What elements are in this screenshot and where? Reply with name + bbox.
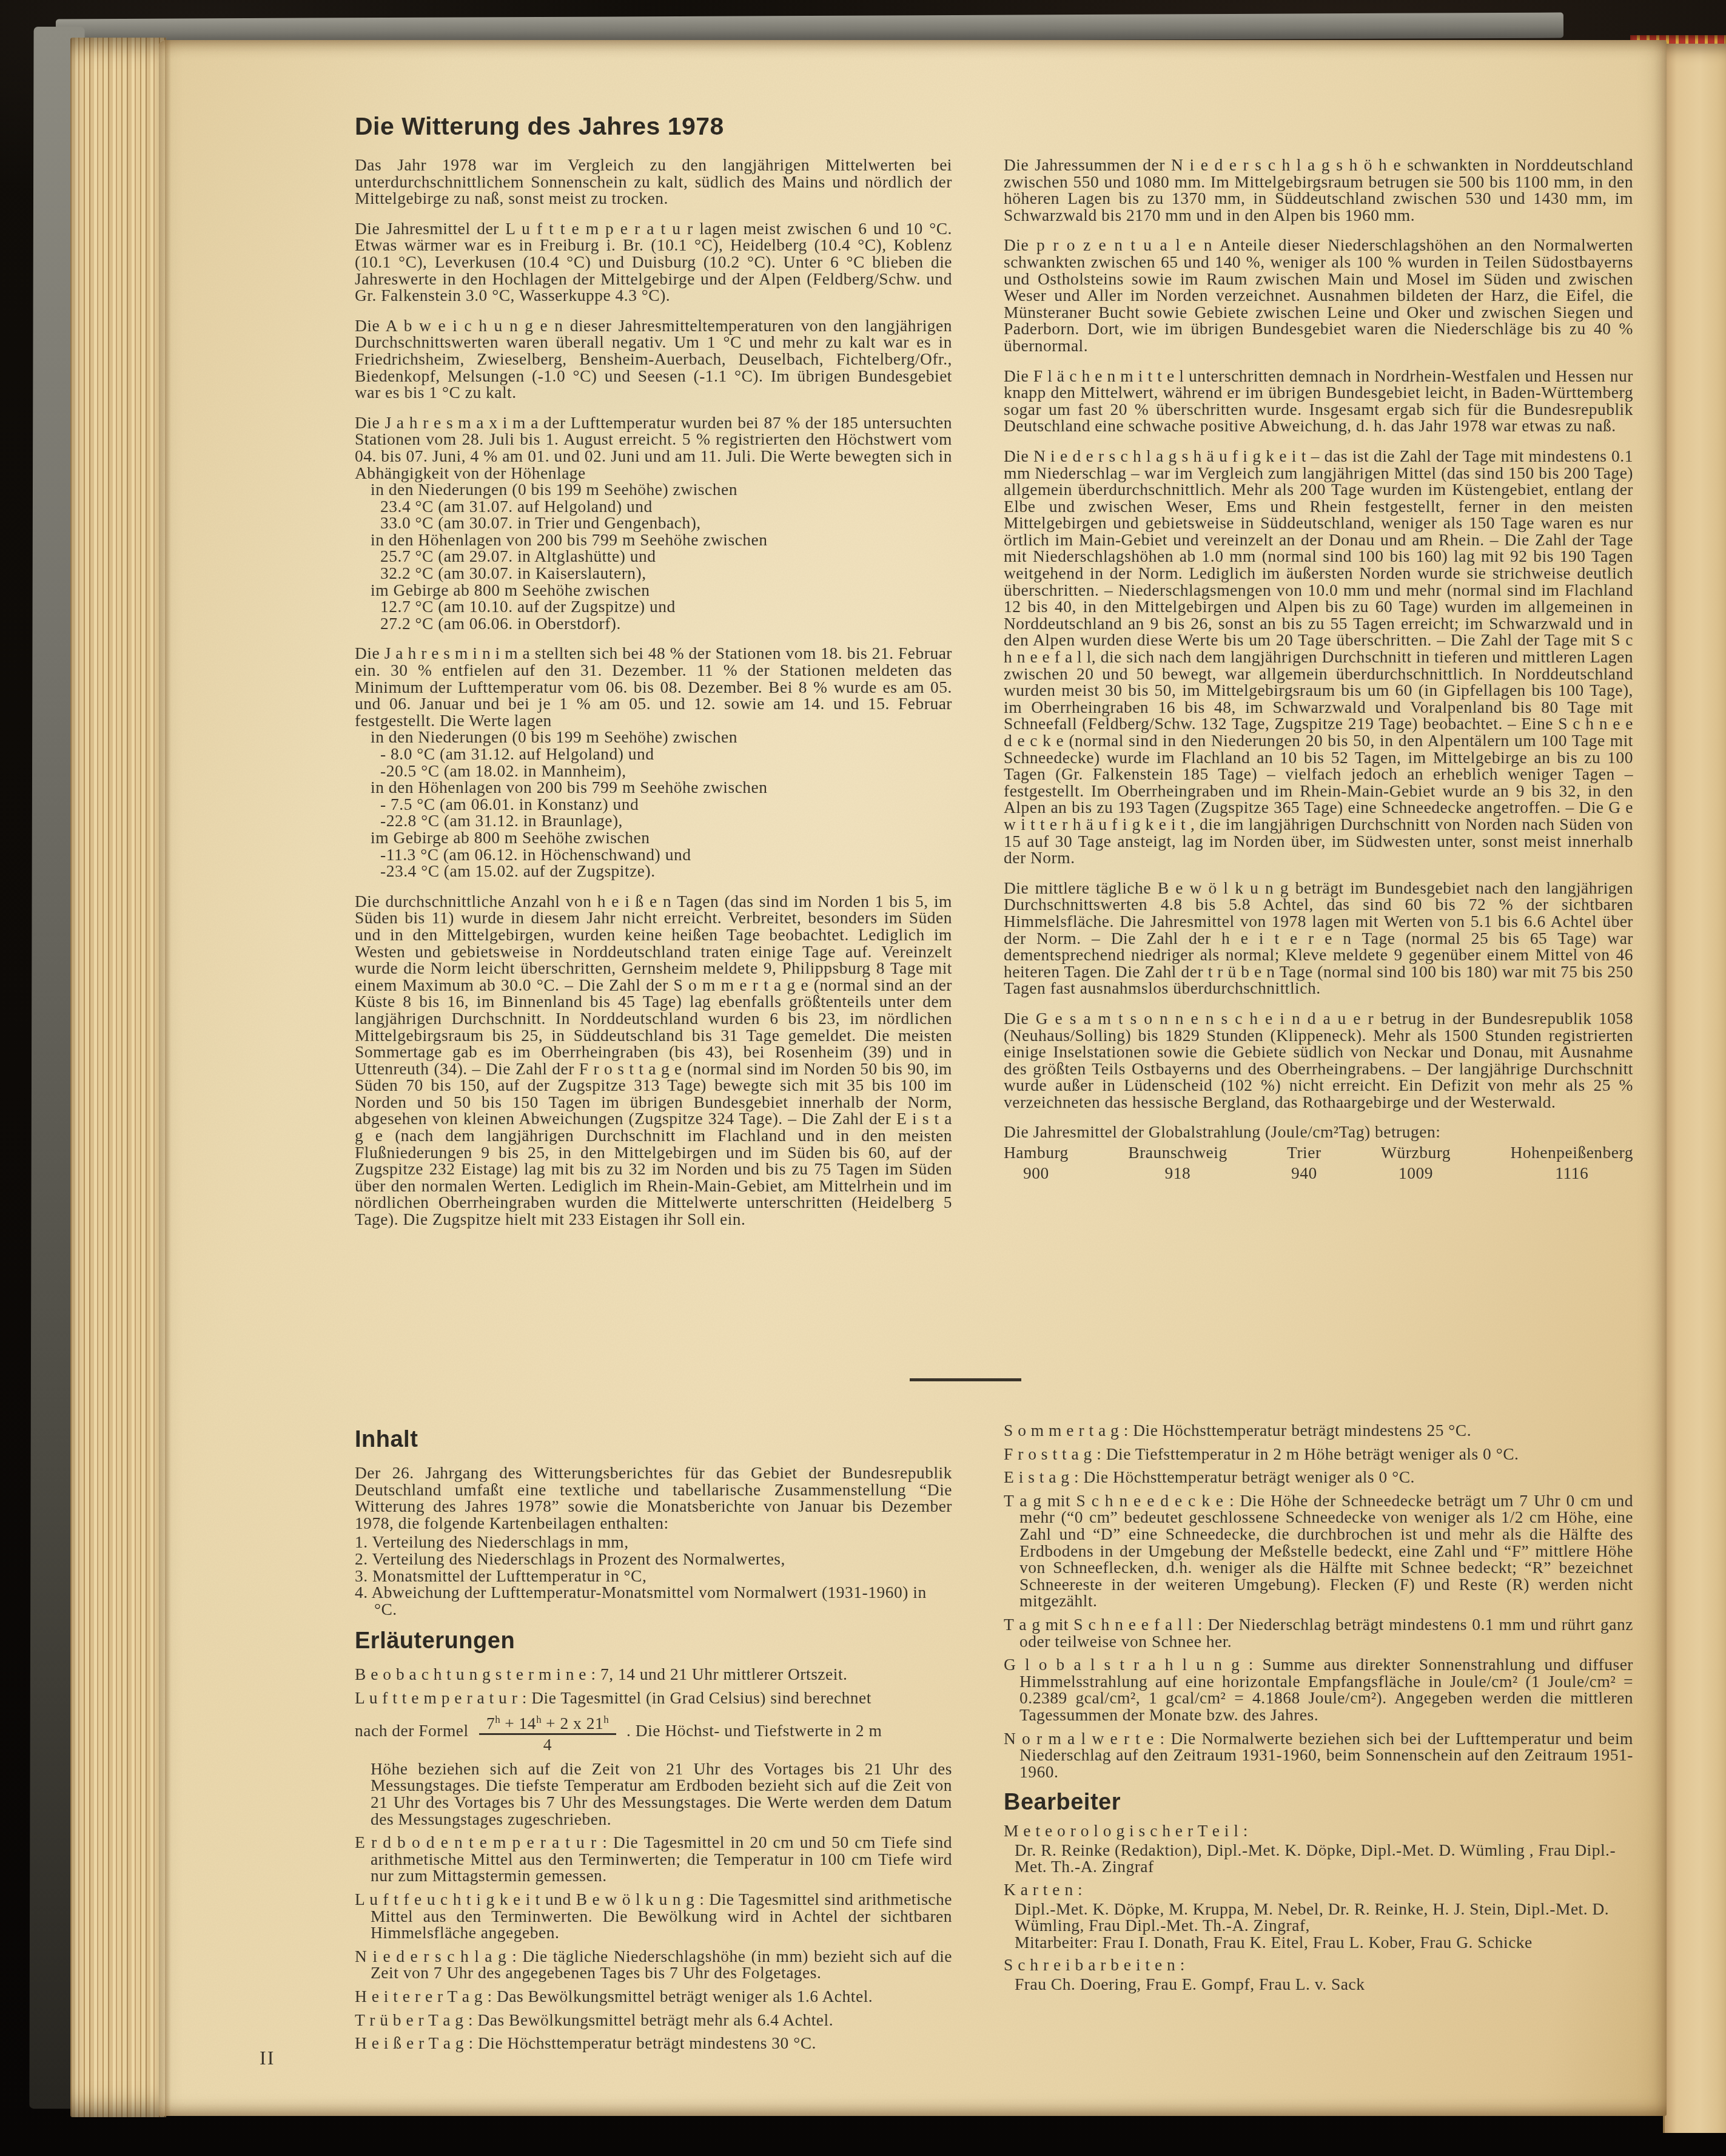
definition-globalstrahlung: G l o b a l s t r a h l u n g : Summe au…: [1004, 1656, 1633, 1723]
formula-prefix: nach der Formel: [355, 1721, 469, 1740]
maxima-line: 25.7 °C (am 29.07. in Altglashütte) und: [355, 548, 952, 565]
definition-frosttag: F r o s t t a g : Die Tiefsttemperatur i…: [1004, 1446, 1633, 1463]
inhalt-intro: Der 26. Jahrgang des Witterungsberichtes…: [355, 1464, 952, 1531]
schreibarbeiten-label: S c h r e i b a r b e i t e n :: [1004, 1956, 1633, 1973]
station-name: Hamburg: [1004, 1144, 1069, 1161]
station-value: 1116: [1511, 1165, 1633, 1182]
maxima-line: 32.2 °C (am 30.07. in Kaiserslautern),: [355, 565, 952, 582]
definition-beobachtungstermine: B e o b a c h t u n g s t e r m i n e : …: [355, 1666, 952, 1683]
definition-luftfeuchtigkeit: L u f t f e u c h t i g k e i t und B e …: [355, 1891, 952, 1941]
station-name: Trier: [1287, 1144, 1321, 1161]
definition-erdbodentemperatur: E r d b o d e n t e m p e r a t u r : Di…: [355, 1834, 952, 1884]
station-value: 940: [1287, 1165, 1321, 1182]
minima-line: -22.8 °C (am 31.12. in Braunlage),: [355, 812, 952, 829]
definition-trueber-tag: T r ü b e r T a g : Das Bewölkungsmittel…: [355, 2012, 952, 2029]
definition-heiterer-tag: H e i t e r e r T a g : Das Bewölkungsmi…: [355, 1988, 952, 2005]
formula-suffix: . Die Höchst- und Tiefstwerte in 2 m: [626, 1721, 882, 1740]
formula-fraction: 7h + 14h + 2 x 21h 4: [479, 1711, 616, 1753]
paragraph-overview: Das Jahr 1978 war im Vergleich zu den la…: [355, 157, 952, 207]
karten-mitarbeiter: Mitarbeiter: Frau I. Donath, Frau K. Eit…: [1004, 1934, 1633, 1951]
maxima-line: in den Höhenlagen von 200 bis 799 m Seeh…: [355, 531, 952, 548]
page-gutter-shading: [165, 40, 171, 2116]
meteorologischer-teil-names: Dr. R. Reinke (Redaktion), Dipl.-Met. K.…: [1004, 1842, 1633, 1875]
maxima-line: in den Niederungen (0 bis 199 m Seehöhe)…: [355, 481, 952, 498]
station-name: Würzburg: [1381, 1144, 1451, 1161]
paragraph-niederschlagshoehe: Die Jahressummen der N i e d e r s c h l…: [1004, 157, 1633, 223]
formula-denominator: 4: [479, 1735, 616, 1753]
table-column: Braunschweig 918: [1128, 1144, 1227, 1181]
minima-line: in den Höhenlagen von 200 bis 799 m Seeh…: [355, 779, 952, 796]
page-edge-stack: [70, 38, 166, 2117]
station-value: 1009: [1381, 1165, 1451, 1182]
definition-tag-mit-schneefall: T a g mit S c h n e e f a l l : Der Nied…: [1004, 1616, 1633, 1649]
maxima-line: im Gebirge ab 800 m Seehöhe zwischen: [355, 582, 952, 599]
underlying-page-edge: [1663, 44, 1726, 2133]
minima-line: - 7.5 °C (am 06.01. in Konstanz) und: [355, 796, 952, 813]
minima-line: -20.5 °C (am 18.02. in Mannheim),: [355, 763, 952, 780]
book-page: Die Witterung des Jahres 1978 Das Jahr 1…: [159, 40, 1667, 2116]
globalstrahlung-table: Hamburg 900 Braunschweig 918 Trier 940 W…: [1004, 1144, 1633, 1181]
minima-line: im Gebirge ab 800 m Seehöhe zwischen: [355, 829, 952, 846]
definition-niederschlag: N i e d e r s c h l a g : Die tägliche N…: [355, 1948, 952, 1981]
definition-heisser-tag: H e i ß e r T a g : Die Höchsttemperatur…: [355, 2035, 952, 2052]
karten-names: Dipl.-Met. K. Döpke, M. Kruppa, M. Nebel…: [1004, 1901, 1633, 1934]
definition-lufttemperatur-rest: Höhe beziehen sich auf die Zeit von 21 U…: [355, 1760, 952, 1827]
minima-line: - 8.0 °C (am 31.12. auf Helgoland) und: [355, 746, 952, 763]
globalstrahlung-intro: Die Jahresmittel der Globalstrahlung (Jo…: [1004, 1123, 1633, 1140]
maxima-line: 27.2 °C (am 06.06. in Oberstdorf).: [355, 615, 952, 632]
paragraph-bewoelkung: Die mittlere tägliche B e w ö l k u n g …: [1004, 880, 1633, 997]
station-name: Hohenpeißenberg: [1511, 1144, 1633, 1161]
paragraph-abweichungen: Die A b w e i c h u n g e n dieser Jahre…: [355, 317, 952, 401]
inhalt-item: 2. Verteilung des Niederschlags in Proze…: [355, 1551, 952, 1568]
bearbeiter-heading: Bearbeiter: [1004, 1790, 1633, 1815]
karten-label: K a r t e n :: [1004, 1881, 1633, 1898]
minima-line: -23.4 °C (am 15.02. auf der Zugspitze).: [355, 863, 952, 880]
definition-normalwerte: N o r m a l w e r t e : Die Normalwerte …: [1004, 1730, 1633, 1780]
inhalt-item: 3. Monatsmittel der Lufttemperatur in °C…: [355, 1568, 952, 1585]
table-column: Hamburg 900: [1004, 1144, 1069, 1181]
right-column-bottom: S o m m e r t a g : Die Höchsttemperatur…: [1004, 1422, 1633, 1999]
definition-eistag: E i s t a g : Die Höchsttemperatur beträ…: [1004, 1469, 1633, 1486]
paragraph-flaechenmittel: Die F l ä c h e n m i t t e l unterschri…: [1004, 368, 1633, 434]
station-value: 918: [1128, 1165, 1227, 1182]
paragraph-sonnenscheindauer: Die G e s a m t s o n n e n s c h e i n …: [1004, 1010, 1633, 1111]
table-column: Hohenpeißenberg 1116: [1511, 1144, 1633, 1181]
table-column: Trier 940: [1287, 1144, 1321, 1181]
article-title: Die Witterung des Jahres 1978: [355, 113, 952, 140]
inhalt-heading: Inhalt: [355, 1427, 952, 1452]
paragraph-niederschlagshaeufigkeit: Die N i e d e r s c h l a g s h ä u f i …: [1004, 448, 1633, 866]
station-name: Braunschweig: [1128, 1144, 1227, 1161]
definition-lufttemperatur: L u f t t e m p e r a t u r : Die Tagesm…: [355, 1689, 952, 1706]
left-column-bottom: Inhalt Der 26. Jahrgang des Witterungsbe…: [355, 1427, 952, 2058]
page-number: II: [260, 2047, 275, 2069]
definition-sommertag: S o m m e r t a g : Die Höchsttemperatur…: [1004, 1422, 1633, 1439]
meteorologischer-teil-label: M e t e o r o l o g i s c h e r T e i l …: [1004, 1822, 1633, 1839]
maxima-line: 23.4 °C (am 31.07. auf Helgoland) und: [355, 498, 952, 515]
maxima-line: 33.0 °C (am 30.07. in Trier und Gengenba…: [355, 514, 952, 531]
jahresmaxima-intro: Die J a h r e s m a x i m a der Lufttemp…: [355, 414, 952, 481]
table-column: Würzburg 1009: [1381, 1144, 1451, 1181]
jahresminima-intro: Die J a h r e s m i n i m a stellten sic…: [355, 645, 952, 729]
inhalt-item: 4. Abweichung der Lufttemperatur-Monatsm…: [355, 1584, 952, 1617]
definition-tag-mit-schneedecke: T a g mit S c h n e e d e c k e : Die Hö…: [1004, 1492, 1633, 1609]
minima-line: -11.3 °C (am 06.12. in Höchenschwand) un…: [355, 846, 952, 863]
erlaeuterungen-heading: Erläuterungen: [355, 1628, 952, 1654]
minima-line: in den Niederungen (0 bis 199 m Seehöhe)…: [355, 729, 952, 746]
paragraph-prozentuale-anteile: Die p r o z e n t u a l e n Anteile dies…: [1004, 237, 1633, 354]
left-column-top: Die Witterung des Jahres 1978 Das Jahr 1…: [355, 113, 952, 1228]
paragraph-lufttemperatur: Die Jahresmittel der L u f t t e m p e r…: [355, 220, 952, 304]
maxima-line: 12.7 °C (am 10.10. auf der Zugspitze) un…: [355, 598, 952, 615]
paragraph-heisse-tage: Die durchschnittliche Anzahl von h e i ß…: [355, 893, 952, 1228]
station-value: 900: [1004, 1165, 1069, 1182]
formula-numerator: 7h + 14h + 2 x 21h: [479, 1711, 616, 1736]
schreibarbeiten-names: Frau Ch. Doering, Frau E. Gompf, Frau L.…: [1004, 1976, 1633, 1993]
right-column-top: Die Jahressummen der N i e d e r s c h l…: [1004, 157, 1633, 1181]
paragraph-jahresminima: Die J a h r e s m i n i m a stellten sic…: [355, 645, 952, 879]
tagesmittel-formula: nach der Formel 7h + 14h + 2 x 21h 4 . D…: [355, 1711, 952, 1753]
inhalt-item: 1. Verteilung des Niederschlags in mm,: [355, 1534, 952, 1551]
paragraph-jahresmaxima: Die J a h r e s m a x i m a der Lufttemp…: [355, 414, 952, 632]
section-divider-rule: [910, 1378, 1021, 1381]
